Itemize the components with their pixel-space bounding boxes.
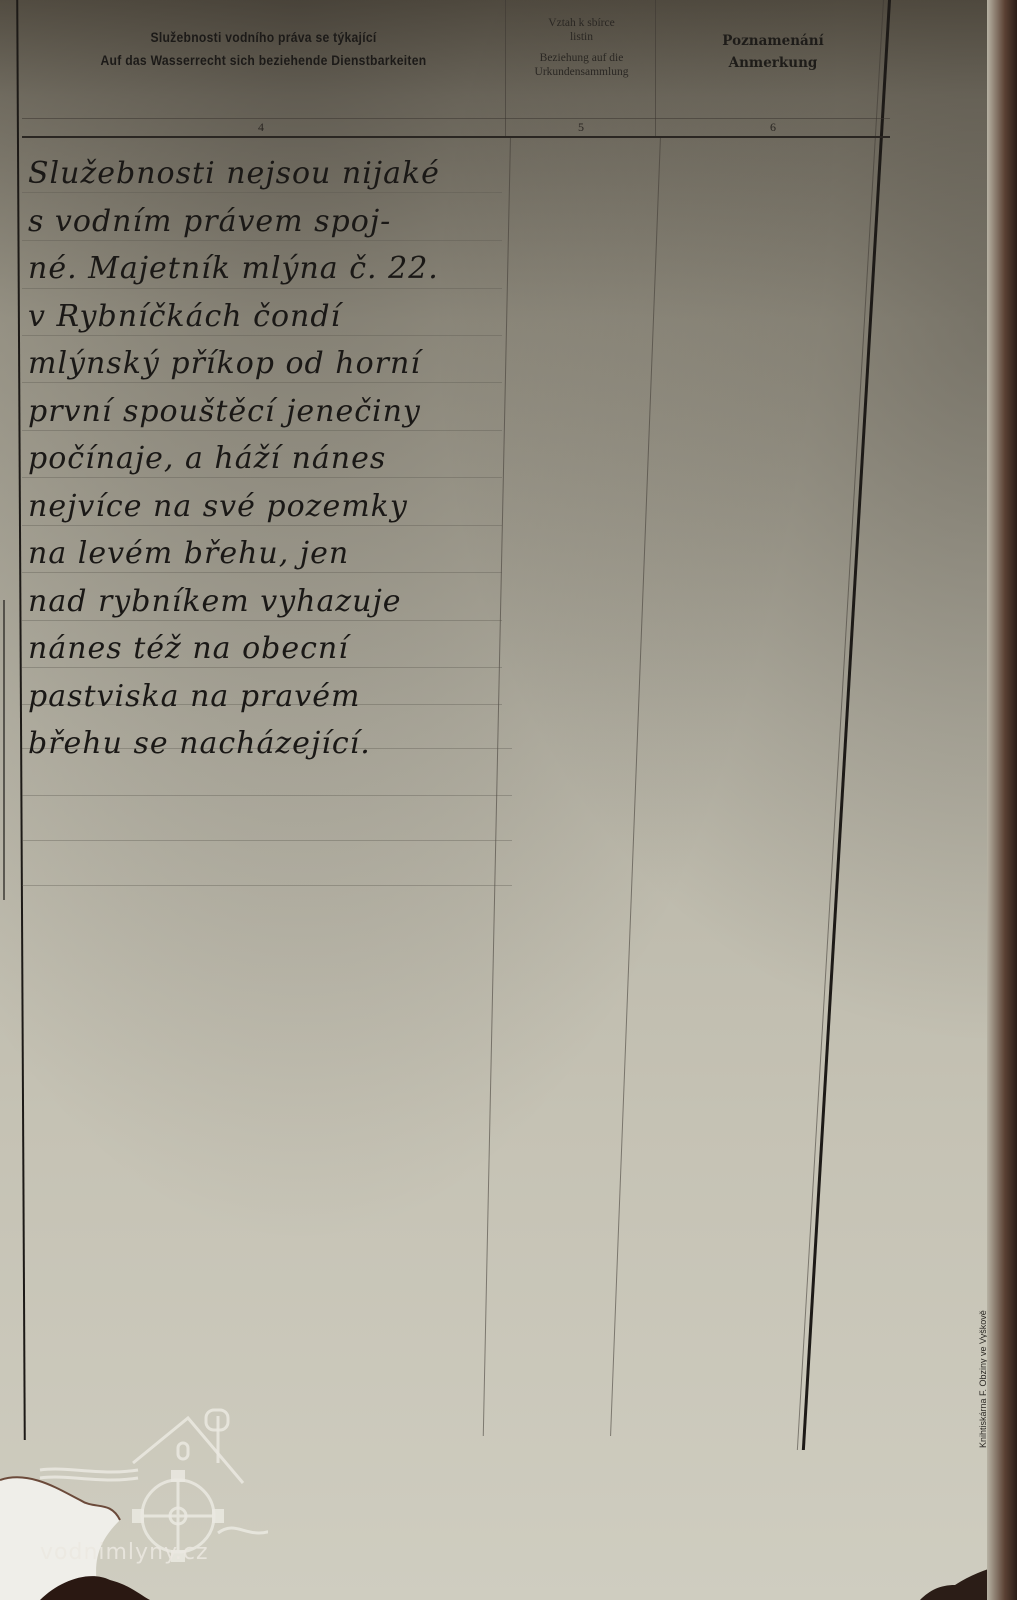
column-5-title-de-line1: Beziehung auf die	[508, 51, 655, 65]
column-5-title-cs-line1: Vztah k sbírce	[508, 16, 655, 30]
column-5-title-cs-line2: listin	[508, 30, 655, 44]
column-separator-5-6-body	[610, 136, 661, 1436]
handwritten-line: v Rybníčkách čondí	[28, 293, 518, 341]
handwritten-line: né. Majetník mlýna č. 22.	[28, 245, 518, 293]
column-separator-4-5	[505, 0, 506, 136]
column-6-number: 6	[770, 120, 776, 135]
handwritten-line: mlýnský příkop od horní	[28, 340, 518, 388]
column-6-title-cs: Poznamenání	[658, 30, 888, 52]
column-4-number: 4	[258, 120, 264, 135]
handwritten-line: nejvíce na své pozemky	[28, 483, 518, 531]
watermark-text: vodnimlyny.cz	[40, 1540, 209, 1565]
right-border-line	[802, 0, 891, 1450]
left-border-line	[16, 0, 26, 1440]
ruled-line	[22, 795, 512, 796]
column-5-title-de-line2: Urkundensammlung	[508, 65, 655, 79]
document-page: Služebnosti vodního práva se týkající Au…	[0, 0, 1000, 1600]
handwritten-line: Služebnosti nejsou nijaké	[28, 150, 518, 198]
column-separator-5-6	[655, 0, 656, 136]
handwritten-line: na levém břehu, jen	[28, 530, 518, 578]
handwritten-line: první spouštěcí jenečiny	[28, 388, 518, 436]
handwritten-entry: Služebnosti nejsou nijaké s vodním práve…	[28, 150, 518, 768]
column-5-header: Vztah k sbírce listin Beziehung auf die …	[508, 16, 655, 79]
handwritten-line: s vodním právem spoj-	[28, 198, 518, 246]
column-6-header: Poznamenání Anmerkung	[658, 30, 888, 74]
right-border-line-inner	[797, 0, 884, 1450]
header-divider-thin	[22, 118, 890, 119]
column-4-header: Služebnosti vodního práva se týkající Au…	[22, 30, 505, 68]
handwritten-line: nad rybníkem vyhazuje	[28, 578, 518, 626]
column-6-title-de: Anmerkung	[658, 52, 888, 74]
handwritten-line: počínaje, a háží nánes	[28, 435, 518, 483]
ruled-line	[22, 885, 512, 886]
page-edge-shadow	[987, 0, 1017, 1600]
left-border-line-outer	[3, 600, 5, 900]
column-5-number: 5	[578, 120, 584, 135]
column-4-title-cs: Služebnosti vodního práva se týkající	[46, 30, 481, 45]
handwritten-line: nánes též na obecní	[28, 625, 518, 673]
column-4-title-de: Auf das Wasserrecht sich beziehende Dien…	[46, 53, 481, 68]
ruled-line	[22, 840, 512, 841]
header-divider-thick	[22, 136, 890, 138]
handwritten-line: pastviska na pravém	[28, 673, 518, 721]
handwritten-line: břehu se nacházející.	[28, 720, 518, 768]
